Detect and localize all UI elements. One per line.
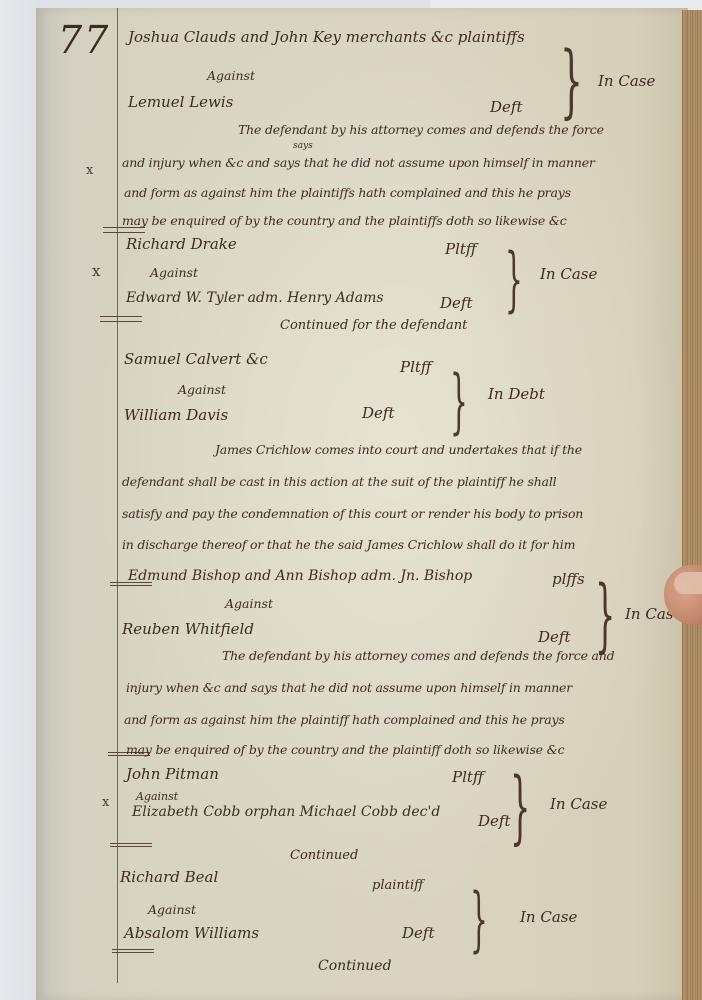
page-stack-edge — [682, 10, 702, 1000]
entry-separator-rule — [100, 316, 142, 322]
plaintiff-role: Pltff — [445, 240, 477, 258]
against-label: Against — [136, 790, 178, 803]
backdrop-left — [0, 0, 40, 1000]
action-type: In Case — [598, 72, 655, 90]
proceedings-line: and form as against him the plaintiff ha… — [124, 712, 565, 727]
proceedings-line: and form as against him the plaintiffs h… — [124, 185, 571, 200]
proceedings-line: may be enquired of by the country and th… — [126, 742, 564, 757]
defendant-role: Deft — [490, 98, 522, 116]
against-label: Against — [207, 68, 255, 83]
plaintiff-name: Richard Drake — [126, 235, 237, 253]
defendant-role: Deft — [478, 812, 510, 830]
proceedings-line: satisfy and pay the condemnation of this… — [122, 506, 583, 521]
plaintiff-role: plaintiff — [372, 878, 423, 893]
margin-rule — [117, 8, 118, 983]
proceedings-line: may be enquired of by the country and th… — [122, 213, 567, 228]
defendant-name: Lemuel Lewis — [128, 93, 233, 111]
action-type: In Case — [540, 265, 597, 283]
defendant-name: William Davis — [124, 406, 228, 424]
proceedings-line: injury when &c and says that he did not … — [126, 680, 572, 695]
against-label: Against — [148, 902, 196, 917]
proceedings-line: defendant shall be cast in this action a… — [122, 474, 556, 489]
action-type: In Debt — [488, 385, 545, 403]
defendant-role: Deft — [362, 404, 394, 422]
entry-separator-rule — [112, 949, 154, 953]
bracket-icon: } — [470, 878, 488, 960]
bracket-icon: } — [505, 238, 523, 320]
defendant-role: Deft — [440, 294, 472, 312]
against-label: Against — [178, 382, 226, 397]
proceedings-line: James Crichlow comes into court and unde… — [215, 442, 582, 457]
entry-separator-rule — [110, 843, 152, 847]
plaintiff-role: plffs — [552, 570, 585, 588]
against-label: Against — [225, 596, 273, 611]
fingernail — [674, 572, 702, 594]
bracket-icon: } — [450, 360, 468, 442]
plaintiff-role: Pltff — [452, 768, 484, 786]
defendant-name: Absalom Williams — [124, 924, 259, 942]
margin-x-mark: x — [92, 262, 100, 280]
defendant-name: Reuben Whitfield — [122, 620, 254, 638]
plaintiff-name: Joshua Clauds and John Key merchants &c … — [128, 28, 525, 46]
proceedings-line: The defendant by his attorney comes and … — [238, 122, 604, 137]
outcome-note: Continued — [290, 848, 358, 863]
proceedings-line: The defendant by his attorney comes and … — [222, 648, 614, 663]
defendant-name: Elizabeth Cobb orphan Michael Cobb dec'd — [132, 804, 440, 820]
action-type: In Case — [550, 795, 607, 813]
plaintiff-name: Richard Beal — [120, 868, 218, 886]
folio-number: 77 — [58, 18, 110, 62]
margin-x-mark: x — [102, 795, 109, 810]
plaintiff-role: Pltff — [400, 358, 432, 376]
plaintiff-name: Samuel Calvert &c — [124, 350, 268, 368]
margin-x-mark: x — [86, 163, 93, 178]
bracket-icon: } — [510, 760, 530, 853]
proceedings-line: and injury when &c and says that he did … — [122, 155, 595, 170]
outcome-note: Continued for the defendant — [280, 318, 467, 333]
interlinear-insertion: says — [293, 141, 313, 151]
plaintiff-name: John Pitman — [126, 765, 219, 783]
bracket-icon: } — [560, 34, 583, 127]
defendant-role: Deft — [402, 924, 434, 942]
plaintiff-name: Edmund Bishop and Ann Bishop adm. Jn. Bi… — [128, 568, 472, 584]
defendant-name: Edward W. Tyler adm. Henry Adams — [126, 290, 384, 306]
outcome-note: Continued — [318, 958, 392, 974]
action-type: In Case — [520, 908, 577, 926]
proceedings-line: in discharge thereof or that he the said… — [122, 537, 575, 552]
against-label: Against — [150, 265, 198, 280]
defendant-role: Deft — [538, 628, 570, 646]
